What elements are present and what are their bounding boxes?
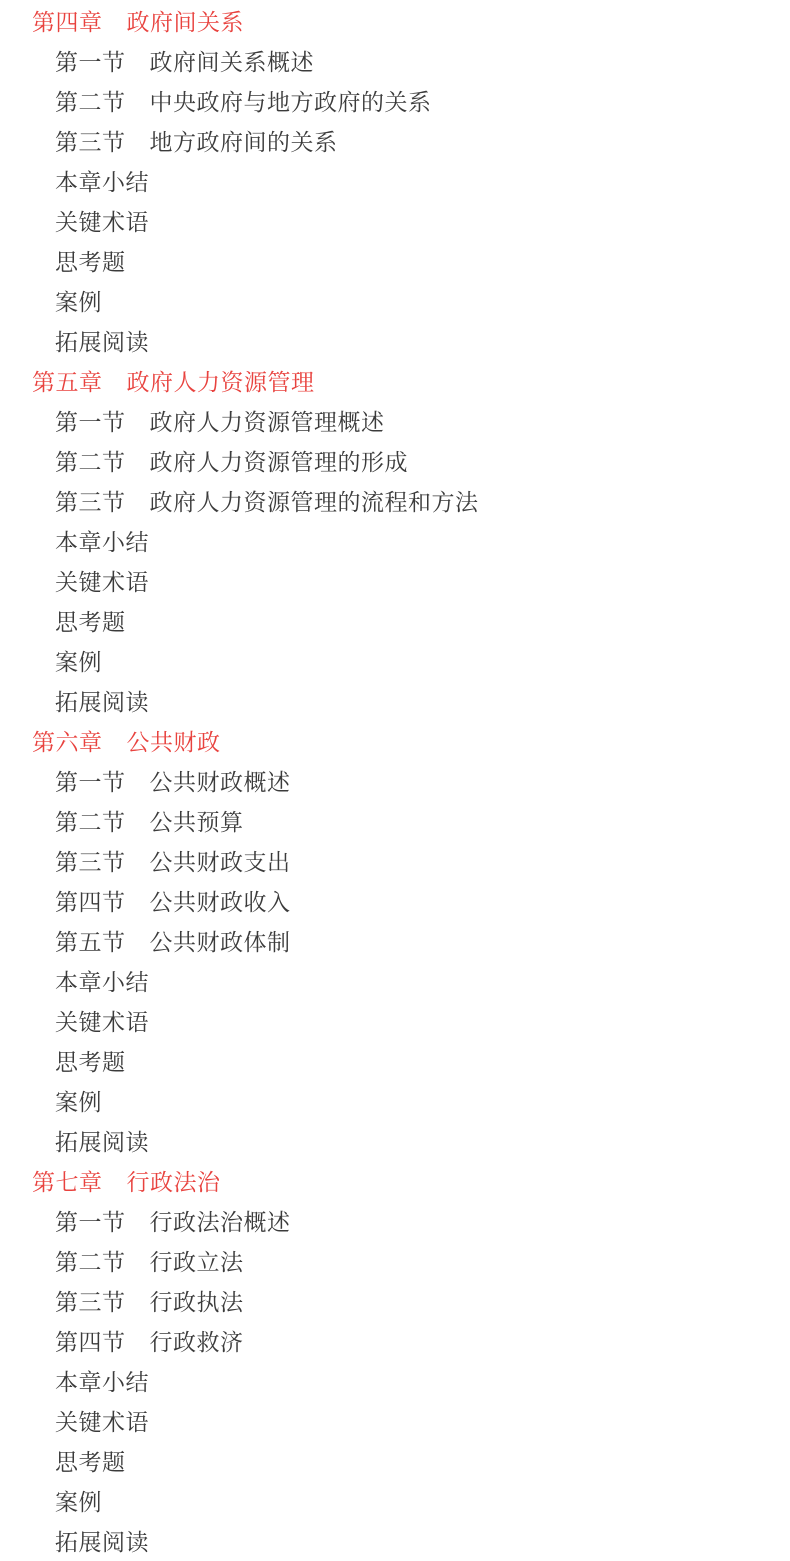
section-number: 第二节 [55,449,126,475]
entry-title: 拓展阅读 [55,1529,149,1555]
section-title: 公共财政体制 [150,929,291,955]
entry-title: 思考题 [55,249,126,275]
toc-backmatter-entry[interactable]: 拓展阅读 [0,1522,790,1561]
entry-title: 本章小结 [55,1369,149,1395]
toc-backmatter-entry[interactable]: 拓展阅读 [0,682,790,722]
section-title: 公共财政收入 [150,889,291,915]
toc-backmatter-entry[interactable]: 关键术语 [0,1002,790,1042]
toc-backmatter-entry[interactable]: 思考题 [0,1442,790,1482]
toc-section-entry[interactable]: 第四节行政救济 [0,1322,790,1362]
toc-section-entry[interactable]: 第一节政府人力资源管理概述 [0,402,790,442]
section-number: 第四节 [55,1329,126,1355]
toc-section-entry[interactable]: 第四节公共财政收入 [0,882,790,922]
toc-section-entry[interactable]: 第三节政府人力资源管理的流程和方法 [0,482,790,522]
section-number: 第三节 [55,489,126,515]
entry-title: 关键术语 [55,209,149,235]
toc-backmatter-entry[interactable]: 关键术语 [0,202,790,242]
toc-section-entry[interactable]: 第五节公共财政体制 [0,922,790,962]
entry-title: 案例 [55,1489,102,1515]
section-title: 公共财政概述 [150,769,291,795]
chapter-title: 行政法治 [127,1169,221,1195]
entry-title: 拓展阅读 [55,329,149,355]
toc-section-entry[interactable]: 第二节公共预算 [0,802,790,842]
section-number: 第一节 [55,1209,126,1235]
toc-section-entry[interactable]: 第一节政府间关系概述 [0,42,790,82]
chapter-number: 第五章 [32,369,103,395]
section-number: 第一节 [55,769,126,795]
toc-chapter-heading[interactable]: 第六章公共财政 [0,722,790,762]
entry-title: 拓展阅读 [55,689,149,715]
chapter-title: 政府人力资源管理 [127,369,315,395]
toc-backmatter-entry[interactable]: 关键术语 [0,562,790,602]
toc-chapter-heading[interactable]: 第七章行政法治 [0,1162,790,1202]
toc-backmatter-entry[interactable]: 案例 [0,282,790,322]
chapter-number: 第四章 [32,9,103,35]
section-title: 公共预算 [150,809,244,835]
toc-section-entry[interactable]: 第一节行政法治概述 [0,1202,790,1242]
table-of-contents: 第四章政府间关系第一节政府间关系概述第二节中央政府与地方政府的关系第三节地方政府… [0,0,790,1561]
toc-backmatter-entry[interactable]: 本章小结 [0,522,790,562]
toc-backmatter-entry[interactable]: 思考题 [0,242,790,282]
toc-backmatter-entry[interactable]: 本章小结 [0,162,790,202]
chapter-title: 公共财政 [127,729,221,755]
section-title: 政府间关系概述 [150,49,315,75]
toc-chapter-heading[interactable]: 第四章政府间关系 [0,2,790,42]
toc-backmatter-entry[interactable]: 案例 [0,642,790,682]
toc-chapter-heading[interactable]: 第五章政府人力资源管理 [0,362,790,402]
section-number: 第四节 [55,889,126,915]
entry-title: 关键术语 [55,569,149,595]
section-title: 政府人力资源管理的形成 [150,449,409,475]
section-number: 第三节 [55,129,126,155]
toc-backmatter-entry[interactable]: 案例 [0,1482,790,1522]
section-number: 第五节 [55,929,126,955]
section-number: 第三节 [55,1289,126,1315]
chapter-title: 政府间关系 [127,9,245,35]
toc-section-entry[interactable]: 第三节地方政府间的关系 [0,122,790,162]
entry-title: 思考题 [55,609,126,635]
entry-title: 拓展阅读 [55,1129,149,1155]
toc-backmatter-entry[interactable]: 拓展阅读 [0,1122,790,1162]
entry-title: 本章小结 [55,969,149,995]
entry-title: 本章小结 [55,169,149,195]
section-title: 行政救济 [150,1329,244,1355]
section-title: 中央政府与地方政府的关系 [150,89,432,115]
section-number: 第三节 [55,849,126,875]
section-title: 行政法治概述 [150,1209,291,1235]
section-title: 政府人力资源管理概述 [150,409,385,435]
section-title: 公共财政支出 [150,849,291,875]
entry-title: 思考题 [55,1449,126,1475]
chapter-number: 第六章 [32,729,103,755]
toc-section-entry[interactable]: 第一节公共财政概述 [0,762,790,802]
section-number: 第一节 [55,49,126,75]
chapter-number: 第七章 [32,1169,103,1195]
section-number: 第二节 [55,89,126,115]
toc-section-entry[interactable]: 第三节行政执法 [0,1282,790,1322]
toc-backmatter-entry[interactable]: 案例 [0,1082,790,1122]
section-title: 行政立法 [150,1249,244,1275]
toc-backmatter-entry[interactable]: 关键术语 [0,1402,790,1442]
section-title: 行政执法 [150,1289,244,1315]
toc-backmatter-entry[interactable]: 思考题 [0,1042,790,1082]
entry-title: 案例 [55,649,102,675]
entry-title: 关键术语 [55,1409,149,1435]
entry-title: 思考题 [55,1049,126,1075]
section-number: 第二节 [55,1249,126,1275]
toc-section-entry[interactable]: 第三节公共财政支出 [0,842,790,882]
toc-backmatter-entry[interactable]: 拓展阅读 [0,322,790,362]
section-title: 政府人力资源管理的流程和方法 [150,489,479,515]
toc-backmatter-entry[interactable]: 本章小结 [0,1362,790,1402]
entry-title: 本章小结 [55,529,149,555]
section-number: 第二节 [55,809,126,835]
toc-section-entry[interactable]: 第二节政府人力资源管理的形成 [0,442,790,482]
entry-title: 案例 [55,1089,102,1115]
section-title: 地方政府间的关系 [150,129,338,155]
toc-section-entry[interactable]: 第二节行政立法 [0,1242,790,1282]
toc-section-entry[interactable]: 第二节中央政府与地方政府的关系 [0,82,790,122]
entry-title: 案例 [55,289,102,315]
section-number: 第一节 [55,409,126,435]
entry-title: 关键术语 [55,1009,149,1035]
toc-backmatter-entry[interactable]: 思考题 [0,602,790,642]
toc-backmatter-entry[interactable]: 本章小结 [0,962,790,1002]
